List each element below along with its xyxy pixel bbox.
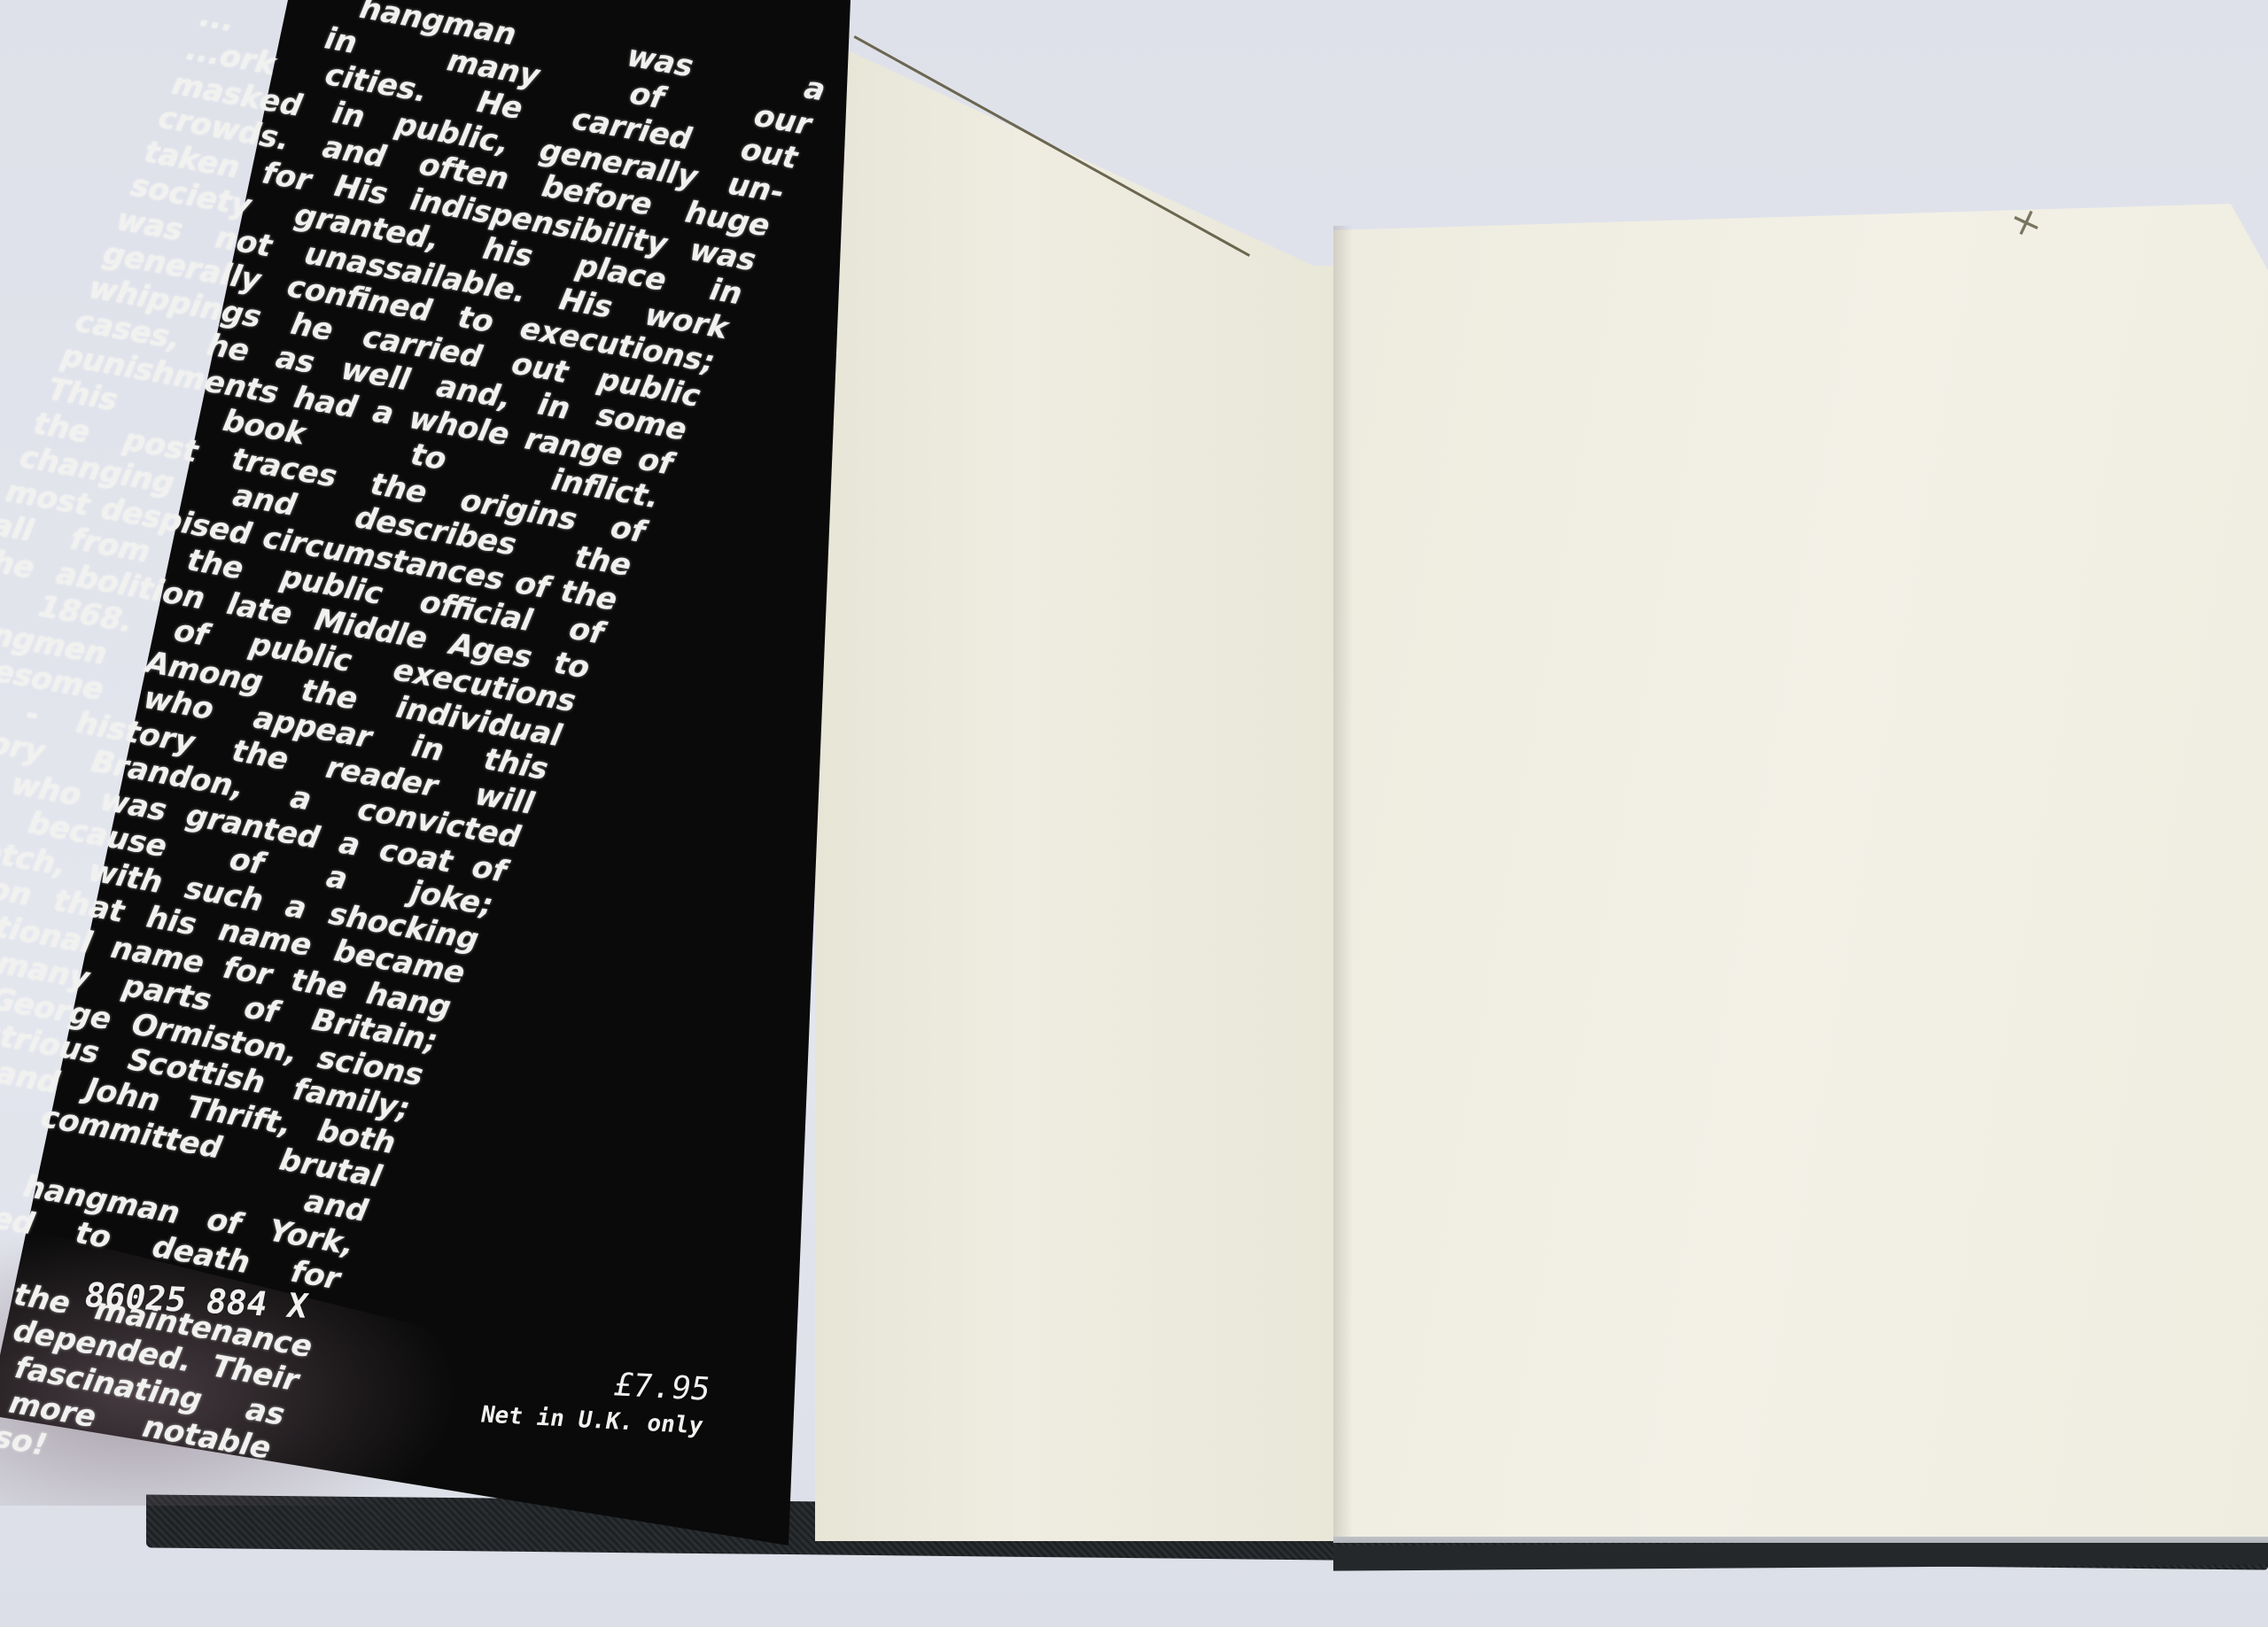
- page-gutter-shadow: [1333, 226, 1353, 1537]
- right-blank-page: [1333, 204, 2268, 1537]
- left-endpaper: [815, 0, 1340, 1541]
